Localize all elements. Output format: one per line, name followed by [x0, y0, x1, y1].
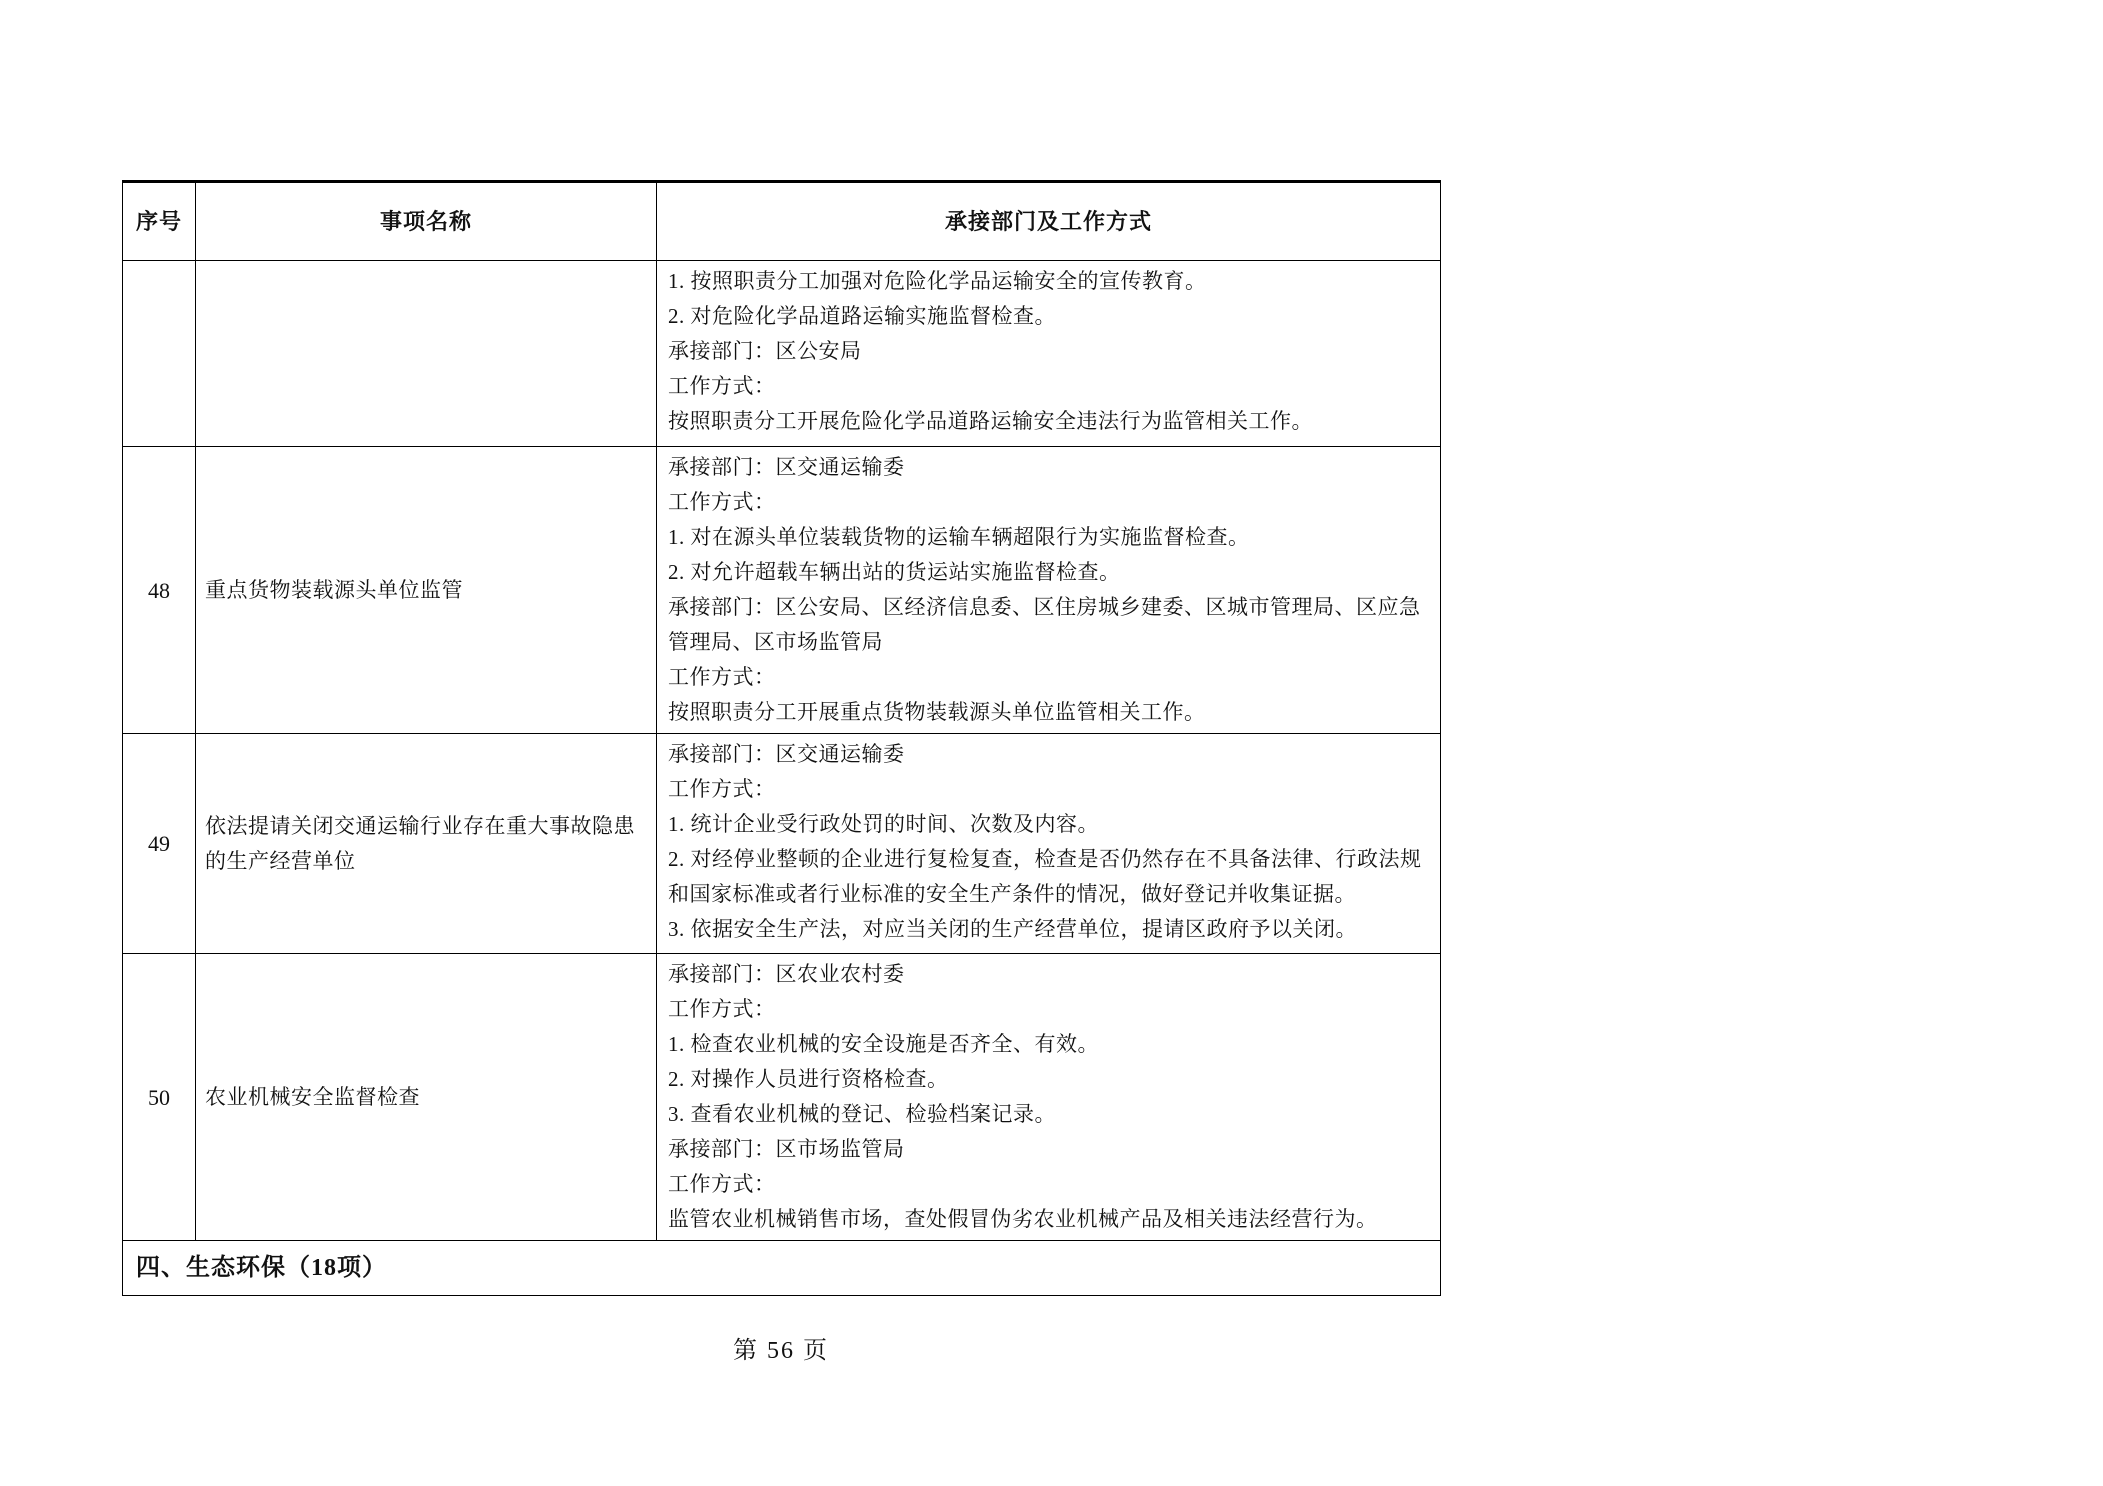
- table-row: 1. 按照职责分工加强对危险化学品运输安全的宣传教育。 2. 对危险化学品道路运…: [123, 261, 1441, 447]
- content-line: 2. 对操作人员进行资格检查。: [668, 1062, 1434, 1097]
- header-seq: 序号: [123, 182, 196, 261]
- content-line: 工作方式：: [668, 1167, 1434, 1202]
- content-line: 承接部门：区交通运输委: [668, 737, 1434, 772]
- content-line: 按照职责分工开展重点货物装载源头单位监管相关工作。: [668, 695, 1434, 730]
- item-name-cell: 农业机械安全监督检查: [196, 954, 657, 1241]
- header-dept-method: 承接部门及工作方式: [657, 182, 1441, 261]
- dept-method-cell: 承接部门：区农业农村委 工作方式： 1. 检查农业机械的安全设施是否齐全、有效。…: [657, 954, 1441, 1241]
- content-line: 1. 对在源头单位装载货物的运输车辆超限行为实施监督检查。: [668, 520, 1434, 555]
- table-row: 49 依法提请关闭交通运输行业存在重大事故隐患的生产经营单位 承接部门：区交通运…: [123, 734, 1441, 954]
- content-line: 承接部门：区公安局、区经济信息委、区住房城乡建委、区城市管理局、区应急管理局、区…: [668, 590, 1434, 660]
- content-line: 承接部门：区农业农村委: [668, 957, 1434, 992]
- table-header-row: 序号 事项名称 承接部门及工作方式: [123, 182, 1441, 261]
- content-line: 监管农业机械销售市场，查处假冒伪劣农业机械产品及相关违法经营行为。: [668, 1202, 1434, 1237]
- content-line: 2. 对危险化学品道路运输实施监督检查。: [668, 299, 1434, 334]
- row-number-cell: 50: [123, 954, 196, 1241]
- content-line: 工作方式：: [668, 992, 1434, 1027]
- item-name-cell: 重点货物装载源头单位监管: [196, 447, 657, 734]
- row-number-cell: 49: [123, 734, 196, 954]
- content-line: 工作方式：: [668, 772, 1434, 807]
- content-line: 工作方式：: [668, 369, 1434, 404]
- table-row: 50 农业机械安全监督检查 承接部门：区农业农村委 工作方式： 1. 检查农业机…: [123, 954, 1441, 1241]
- items-table: 序号 事项名称 承接部门及工作方式 1. 按照职责分工加强对危险化学品运输安全的…: [122, 180, 1441, 1296]
- content-line: 承接部门：区交通运输委: [668, 450, 1434, 485]
- section-header-row: 四、生态环保（18项）: [123, 1241, 1441, 1296]
- item-name-cell: [196, 261, 657, 447]
- table-row: 48 重点货物装载源头单位监管 承接部门：区交通运输委 工作方式： 1. 对在源…: [123, 447, 1441, 734]
- content-line: 承接部门：区市场监管局: [668, 1132, 1434, 1167]
- dept-method-cell: 1. 按照职责分工加强对危险化学品运输安全的宣传教育。 2. 对危险化学品道路运…: [657, 261, 1441, 447]
- dept-method-cell: 承接部门：区交通运输委 工作方式： 1. 统计企业受行政处罚的时间、次数及内容。…: [657, 734, 1441, 954]
- content-line: 工作方式：: [668, 660, 1434, 695]
- content-line: 1. 按照职责分工加强对危险化学品运输安全的宣传教育。: [668, 264, 1434, 299]
- content-line: 按照职责分工开展危险化学品道路运输安全违法行为监管相关工作。: [668, 404, 1434, 439]
- row-number-cell: [123, 261, 196, 447]
- content-line: 3. 查看农业机械的登记、检验档案记录。: [668, 1097, 1434, 1132]
- header-item-name: 事项名称: [196, 182, 657, 261]
- row-number-cell: 48: [123, 447, 196, 734]
- content-line: 2. 对允许超载车辆出站的货运站实施监督检查。: [668, 555, 1434, 590]
- section-header: 四、生态环保（18项）: [123, 1241, 1441, 1296]
- content-line: 3. 依据安全生产法，对应当关闭的生产经营单位，提请区政府予以关闭。: [668, 912, 1434, 947]
- content-line: 2. 对经停业整顿的企业进行复检复查，检查是否仍然存在不具备法律、行政法规和国家…: [668, 842, 1434, 912]
- dept-method-cell: 承接部门：区交通运输委 工作方式： 1. 对在源头单位装载货物的运输车辆超限行为…: [657, 447, 1441, 734]
- content-line: 承接部门：区公安局: [668, 334, 1434, 369]
- content-line: 1. 统计企业受行政处罚的时间、次数及内容。: [668, 807, 1434, 842]
- content-line: 工作方式：: [668, 485, 1434, 520]
- page-number: 第 56 页: [122, 1330, 1440, 1365]
- item-name-cell: 依法提请关闭交通运输行业存在重大事故隐患的生产经营单位: [196, 734, 657, 954]
- content-line: 1. 检查农业机械的安全设施是否齐全、有效。: [668, 1027, 1434, 1062]
